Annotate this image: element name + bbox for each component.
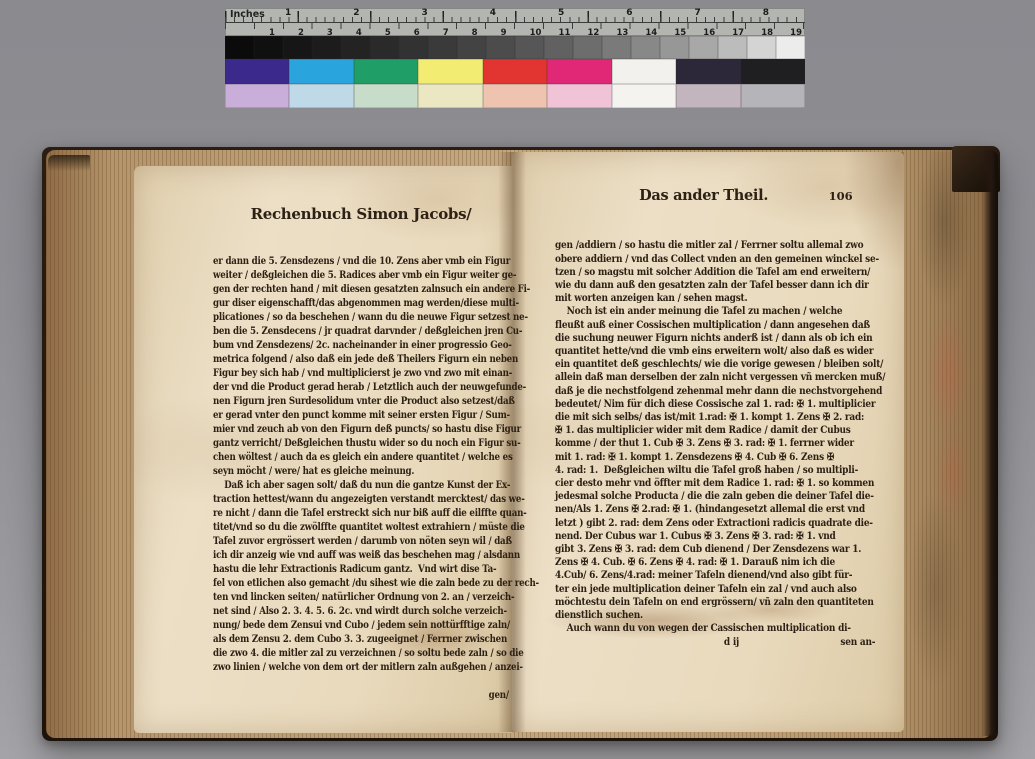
left-page-body: er dann die 5. Zensdezens / vnd die 10. … — [213, 226, 509, 674]
cm-number: 5 — [371, 28, 400, 38]
grayscale-patch — [689, 36, 718, 59]
cm-number: 10 — [516, 28, 545, 38]
text-line: möchtestu dein Tafeln on end ergrössern/… — [555, 596, 888, 609]
text-line: metrica folgend / also daß ein jede deß … — [213, 352, 509, 366]
pastel-patch — [676, 84, 740, 108]
inch-number: 4 — [464, 8, 532, 18]
text-line: weiter / deßgleichen die 5. Radices aber… — [213, 268, 509, 282]
text-line: hastu die lehr Extractionis Radicum gant… — [213, 562, 509, 576]
catchword: gen/ — [489, 689, 509, 701]
cm-number: 4 — [342, 28, 371, 38]
text-line: letzt ) gibt 2. rad: dem Zens oder Extra… — [555, 517, 888, 530]
grayscale-patch — [225, 36, 254, 59]
grayscale-patch — [399, 36, 428, 59]
ruler: Inches 12345678 123456789101112131415161… — [225, 8, 805, 36]
cm-number: 6 — [400, 28, 429, 38]
text-line: Tafel zuvor ergrössert werden / darumb v… — [213, 534, 509, 548]
text-line: mier vnd zeuch ab von den Figurn deß pun… — [213, 422, 509, 436]
pastel-patch — [354, 84, 418, 108]
text-line: zwo linien / welche von dem ort der mitl… — [213, 660, 509, 674]
inch-number: 1 — [259, 8, 327, 18]
text-line: bedeutet/ Nim für dich diese Cossische z… — [555, 398, 888, 411]
text-line: titet/vnd so du die zwölffte quantitet w… — [213, 520, 509, 534]
left-page-catchword-row: gen/ — [213, 674, 517, 716]
text-line: die mit sich selbs/ das ist/mit 1.rad: ✠… — [555, 411, 888, 424]
cm-number: 8 — [458, 28, 487, 38]
fore-edge-right — [900, 152, 988, 736]
right-page-header: Das ander Theil. — [639, 187, 768, 204]
grayscale-patch — [602, 36, 631, 59]
inch-number: 7 — [669, 8, 737, 18]
text-line: cier desto mehr vnd öffter mit dem Radic… — [555, 477, 888, 490]
text-line: nen Figurn jren Surdesolidum vnter die P… — [213, 394, 509, 408]
text-line: jedesmal solche Producta / die die zaln … — [555, 490, 888, 503]
cover-edge-right — [982, 150, 998, 736]
grayscale-patch — [515, 36, 544, 59]
pastel-patch — [547, 84, 611, 108]
text-line: re nicht / dann die Tafel erstreckt sich… — [213, 506, 509, 520]
pastel-patch — [483, 84, 547, 108]
grayscale-patch — [631, 36, 660, 59]
grayscale-patch — [312, 36, 341, 59]
page-number: 106 — [829, 189, 853, 203]
text-line: gen der rechten hand / mit diesen gesatz… — [213, 282, 509, 296]
text-line: bum vnd Zensdezens/ 2c. nacheinander in … — [213, 338, 509, 352]
cm-number: 19 — [776, 28, 805, 38]
color-patch — [354, 59, 418, 84]
text-line: Auch wann du von wegen der Cassischen mu… — [555, 622, 888, 635]
color-patch — [225, 59, 289, 84]
ruler-cm-row: 12345678910111213141516171819 — [225, 22, 805, 37]
text-line: seyn möcht / were/ hat es gleiche meinun… — [213, 464, 509, 478]
color-patch — [289, 59, 353, 84]
text-line: gibt 3. Zens ✠ 3. rad: dem Cub dienend /… — [555, 543, 888, 556]
ruler-inch-row: Inches 12345678 — [225, 8, 805, 22]
text-line: 4. rad: 1. Deßgleichen wiltu die Tafel g… — [555, 464, 888, 477]
pastel-patch — [741, 84, 805, 108]
text-line: er gerad vnter den punct komme mit seine… — [213, 408, 509, 422]
text-line: gur diser eigenschafft/das abgenommen ma… — [213, 296, 509, 310]
text-line: dienstlich suchen. — [555, 609, 888, 622]
text-line: gen /addiern / so hastu die mitler zal /… — [555, 239, 888, 252]
right-page-header-row: Das ander Theil. 106 — [555, 187, 888, 204]
text-line: ben die 5. Zensdecens / jr quadrat darvn… — [213, 324, 509, 338]
cm-number: 16 — [689, 28, 718, 38]
text-line: Noch ist ein ander meinung die Tafel zu … — [555, 305, 888, 318]
grayscale-patch-row — [225, 36, 805, 59]
inch-number: 5 — [532, 8, 600, 18]
text-line: als dem Zensu 2. dem Cubo 3. 3. zugeeign… — [213, 632, 509, 646]
color-patch — [547, 59, 611, 84]
text-line: ten vnd lincken seiten/ natürlicher Ordn… — [213, 590, 509, 604]
inch-number: 3 — [396, 8, 464, 18]
text-line: komme / der thut 1. Cub ✠ 3. Zens ✠ 3. r… — [555, 437, 888, 450]
cm-number: 11 — [545, 28, 574, 38]
text-line: chen wöltest / auch da es gleich ein and… — [213, 450, 509, 464]
grayscale-patch — [544, 36, 573, 59]
text-line: ein quantitet deß geschlechts/ wie die v… — [555, 358, 888, 371]
text-line: traction hettest/wann du angezeigten ver… — [213, 492, 509, 506]
catchword: sen an- — [840, 636, 875, 649]
grayscale-patch — [660, 36, 689, 59]
text-line: allein daß man derselben der zaln nicht … — [555, 371, 888, 384]
grayscale-patch — [341, 36, 370, 59]
right-page-text: Das ander Theil. 106 gen /addiern / so h… — [555, 187, 888, 649]
ruler-cm-numbers: 12345678910111213141516171819 — [225, 28, 805, 38]
grayscale-patch — [573, 36, 602, 59]
cm-number: 1 — [255, 28, 284, 38]
cm-number: 3 — [313, 28, 342, 38]
cm-number: 18 — [747, 28, 776, 38]
grayscale-patch — [428, 36, 457, 59]
ruler-inch-numbers: 12345678 — [225, 8, 805, 18]
color-patch — [612, 59, 676, 84]
left-page-header: Rechenbuch Simon Jacobs/ — [213, 205, 509, 223]
grayscale-patch — [776, 36, 805, 59]
pastel-patch — [418, 84, 482, 108]
grayscale-patch — [370, 36, 399, 59]
pastel-patch — [612, 84, 676, 108]
text-line: 4.Cub/ 6. Zens/4.rad: meiner Tafeln dien… — [555, 569, 888, 582]
right-page-body: gen /addiern / so hastu die mitler zal /… — [555, 213, 888, 636]
text-line: mit worten anzeigen kan / sehen magst. — [555, 292, 888, 305]
text-line: ich dir anzeig wie vnd auff was weiß das… — [213, 548, 509, 562]
grayscale-patch — [718, 36, 747, 59]
grayscale-patch — [457, 36, 486, 59]
text-line: Zens ✠ 4. Cub. ✠ 6. Zens ✠ 4. rad: ✠ 1. … — [555, 556, 888, 569]
text-line: die zwo 4. die mitler zal zu verzeichnen… — [213, 646, 509, 660]
cm-number: 17 — [718, 28, 747, 38]
cm-number: 15 — [660, 28, 689, 38]
text-line: nung/ bede dem Zensui vnd Cubo / jedem s… — [213, 618, 509, 632]
color-patch — [483, 59, 547, 84]
pastel-patch — [225, 84, 289, 108]
text-line: ✠ 1. das multiplicier wider mit dem Radi… — [555, 424, 888, 437]
cm-number: 2 — [284, 28, 313, 38]
cm-number: 9 — [487, 28, 516, 38]
grayscale-patch — [486, 36, 515, 59]
text-line: ter ein jede multiplication deiner Tafel… — [555, 583, 888, 596]
signature-mark: d ij — [724, 636, 739, 649]
text-line: net sind / Also 2. 3. 4. 5. 6. 2c. vnd w… — [213, 604, 509, 618]
right-page-signature-row: d ij sen an- — [555, 636, 888, 649]
grayscale-patch — [747, 36, 776, 59]
inch-number: 8 — [737, 8, 805, 18]
text-line: fleußt auß einer Cossischen multiplicati… — [555, 319, 888, 332]
cover-corner-top-left — [48, 155, 90, 171]
text-line: plicationes / so da beschehen / wann du … — [213, 310, 509, 324]
text-line: tzen / so magstu mit solcher Addition di… — [555, 266, 888, 279]
color-patch — [418, 59, 482, 84]
text-line: fel von etlichen also gemacht /du sihest… — [213, 576, 509, 590]
text-line: daß je die nechstfolgend zehenmal mehr d… — [555, 385, 888, 398]
left-page-text: Rechenbuch Simon Jacobs/ er dann die 5. … — [213, 205, 509, 716]
text-line: die suchung neuwer Figurn nichts anderß … — [555, 332, 888, 345]
text-line: nen/Als 1. Zens ✠ 2.rad: ✠ 1. (hindanges… — [555, 503, 888, 516]
text-line: Daß ich aber sagen solt/ daß du nun die … — [213, 478, 509, 492]
inch-number: 2 — [327, 8, 395, 18]
text-line: obere addiern / vnd das Collect vnden an… — [555, 253, 888, 266]
grayscale-patch — [254, 36, 283, 59]
photograph-of-open-book: Inches 12345678 123456789101112131415161… — [0, 0, 1035, 759]
text-line: Figur bey sich hab / vnd multiplicierst … — [213, 366, 509, 380]
inch-number: 6 — [600, 8, 668, 18]
text-line: nend. Der Cubus war 1. Cubus ✠ 3. Zens ✠… — [555, 530, 888, 543]
pastel-patch — [289, 84, 353, 108]
text-line: quantitet hette/vnd die vmb eins erweite… — [555, 345, 888, 358]
text-line: gantz verricht/ Deßgleichen thustu wider… — [213, 436, 509, 450]
color-calibration-target: Inches 12345678 123456789101112131415161… — [225, 8, 805, 108]
color-patch — [676, 59, 740, 84]
text-line: wie du dann auß den gesatzten zaln der T… — [555, 279, 888, 292]
text-line: er dann die 5. Zensdezens / vnd die 10. … — [213, 254, 509, 268]
cm-number: 7 — [429, 28, 458, 38]
color-patch-row — [225, 59, 805, 84]
grayscale-patch — [283, 36, 312, 59]
color-patch — [741, 59, 805, 84]
cm-number: 14 — [631, 28, 660, 38]
cm-number: 13 — [602, 28, 631, 38]
text-line: mit 1. rad: ✠ 1. kompt 1. Zensdezens ✠ 4… — [555, 451, 888, 464]
cm-number: 12 — [573, 28, 602, 38]
text-line: der vnd die Product gerad herab / Letztl… — [213, 380, 509, 394]
pastel-patch-row — [225, 84, 805, 108]
